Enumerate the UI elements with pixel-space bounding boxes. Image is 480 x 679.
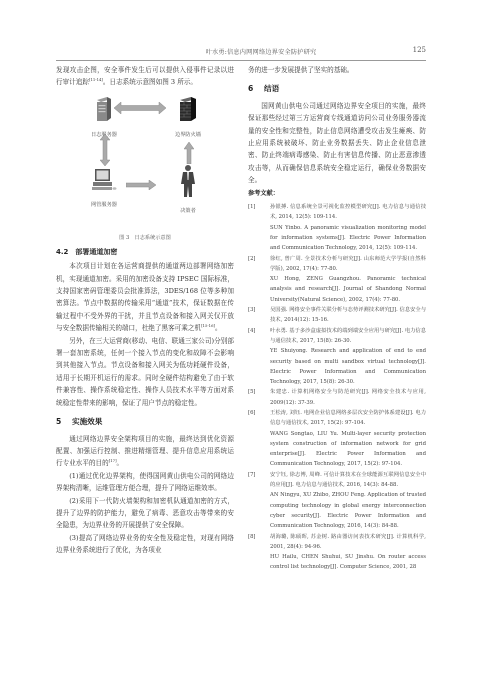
reference-item: [7] 安宁钰, 徐志博, 周峰. 可信计算技术在全球能源互联网信息安全中的应用…	[248, 470, 426, 532]
decision-maker-node: 决策者	[158, 164, 218, 218]
section-heading-4-2: 4.2 部署通道加密	[56, 246, 234, 258]
firewall-brick-icon	[178, 96, 198, 122]
header-rule	[56, 60, 426, 61]
decision-maker-label: 决策者	[158, 205, 218, 217]
reference-item: [2] 徐红, 曾广周. 全景技术分析与研究[J]. 山东师范大学学报(自然科学…	[248, 254, 426, 305]
section-heading-6: 6结语	[248, 83, 426, 95]
server-tower-icon	[95, 96, 113, 122]
arrow-up-icon	[184, 142, 194, 164]
bidirectional-arrow-vertical-icon	[100, 134, 110, 166]
border-firewall-node: 边界防火墙	[158, 96, 218, 142]
section-4-2-paragraph-2: 另外，在三大运营商(移动、电信、联通三家公司)分别部署一套加密系统，任何一个接入…	[56, 335, 234, 409]
section-5-item-3: (3)提高了网络边界业务的安全性及稳定性，对现有网络边界业务系统进行了优化，为各…	[56, 532, 234, 557]
section-4-2-paragraph-1: 本次项目计划在各运营商提供的通道两边部署网络加密机，实现通道加密。采用的加密设备…	[56, 260, 234, 334]
border-firewall-label: 边界防火墙	[158, 129, 218, 141]
intro-paragraph: 发现攻击企图，安全事件发生后可以提供入侵事件记录以进行审计追踪[11-14]。日…	[56, 64, 234, 89]
running-title: 叶水勇:信息内网网络边界安全防护研究	[176, 47, 346, 56]
journal-page: 叶水勇:信息内网网络边界安全防护研究 125 发现攻击企图，安全事件发生后可以提…	[0, 0, 480, 679]
section-5-paragraph-1: 通过网络边界安全架构项目的实施，最终达到优化资源配置、加强运行控制、推进精细管理…	[56, 433, 234, 470]
nms-server-node: 网管服务器	[74, 168, 134, 212]
reference-item: [4] 叶水勇. 基于多沙盒虚拟技术的端到端安全应用与研究[J]. 电力信息与通…	[248, 326, 426, 388]
reference-item: [5] 朱建忠. 计算机网络安全与防范研究[J]. 网络安全技术与应用, 200…	[248, 387, 426, 408]
right-column: 务的进一步发展提供了坚实的基础。 6结语 国网黄山供电公司通过网络边界安全项目的…	[248, 64, 426, 573]
reference-item: [6] 王松涛, 刘钰. 电网企业信息网络多层次安全防护体系建设[J]. 电力信…	[248, 408, 426, 470]
citation: [11-14]	[89, 77, 103, 82]
figure-caption: 图 3 日志系统示意图	[56, 232, 234, 244]
page-number: 125	[413, 46, 426, 54]
reference-item: [8] 胡海璐, 陈硕晖, 苏金树. 路由器访问表技术研究[J]. 计算机科学,…	[248, 532, 426, 573]
references-title: 参考文献：	[248, 188, 426, 200]
person-icon	[180, 164, 196, 198]
section-5-item-2: (2)采用下一代防火墙架构和加密机队通道加密的方式，提升了边界的防护能力，避免了…	[56, 495, 234, 532]
arrow-right-icon	[126, 180, 156, 190]
left-column: 发现攻击企图，安全事件发生后可以提供入侵事件记录以进行审计追踪[11-14]。日…	[56, 64, 234, 557]
conclusion-paragraph: 国网黄山供电公司通过网络边界安全项目的实施，最终保证那些经过第三方运营商专线通道…	[248, 100, 426, 187]
bidirectional-arrow-icon	[114, 102, 166, 114]
section-heading-5: 5实施效果	[56, 416, 234, 428]
reference-item: [3] 吴国强. 网络安全事件关联分析与态势评测技术研究[J]. 信息安全与技术…	[248, 305, 426, 326]
reference-item: [1] 孙银搏. 信息系统全景可视化监控模型研究[J]. 电力信息与通信技术, …	[248, 202, 426, 253]
section-5-item-1: (1)通过优化边界架构，使得国网黄山供电公司的网络边界架构清晰，运维管理方便合理…	[56, 470, 234, 495]
citation: [17]	[109, 458, 117, 463]
figure-3-log-system-diagram: 日志服务器 边界防火墙	[56, 92, 234, 242]
running-header: 叶水勇:信息内网网络边界安全防护研究 125	[56, 47, 426, 59]
citation: [15-16]	[201, 323, 215, 328]
nms-server-label: 网管服务器	[74, 199, 134, 211]
continuation-text: 务的进一步发展提供了坚实的基础。	[248, 64, 426, 76]
desktop-computer-icon	[91, 168, 117, 192]
